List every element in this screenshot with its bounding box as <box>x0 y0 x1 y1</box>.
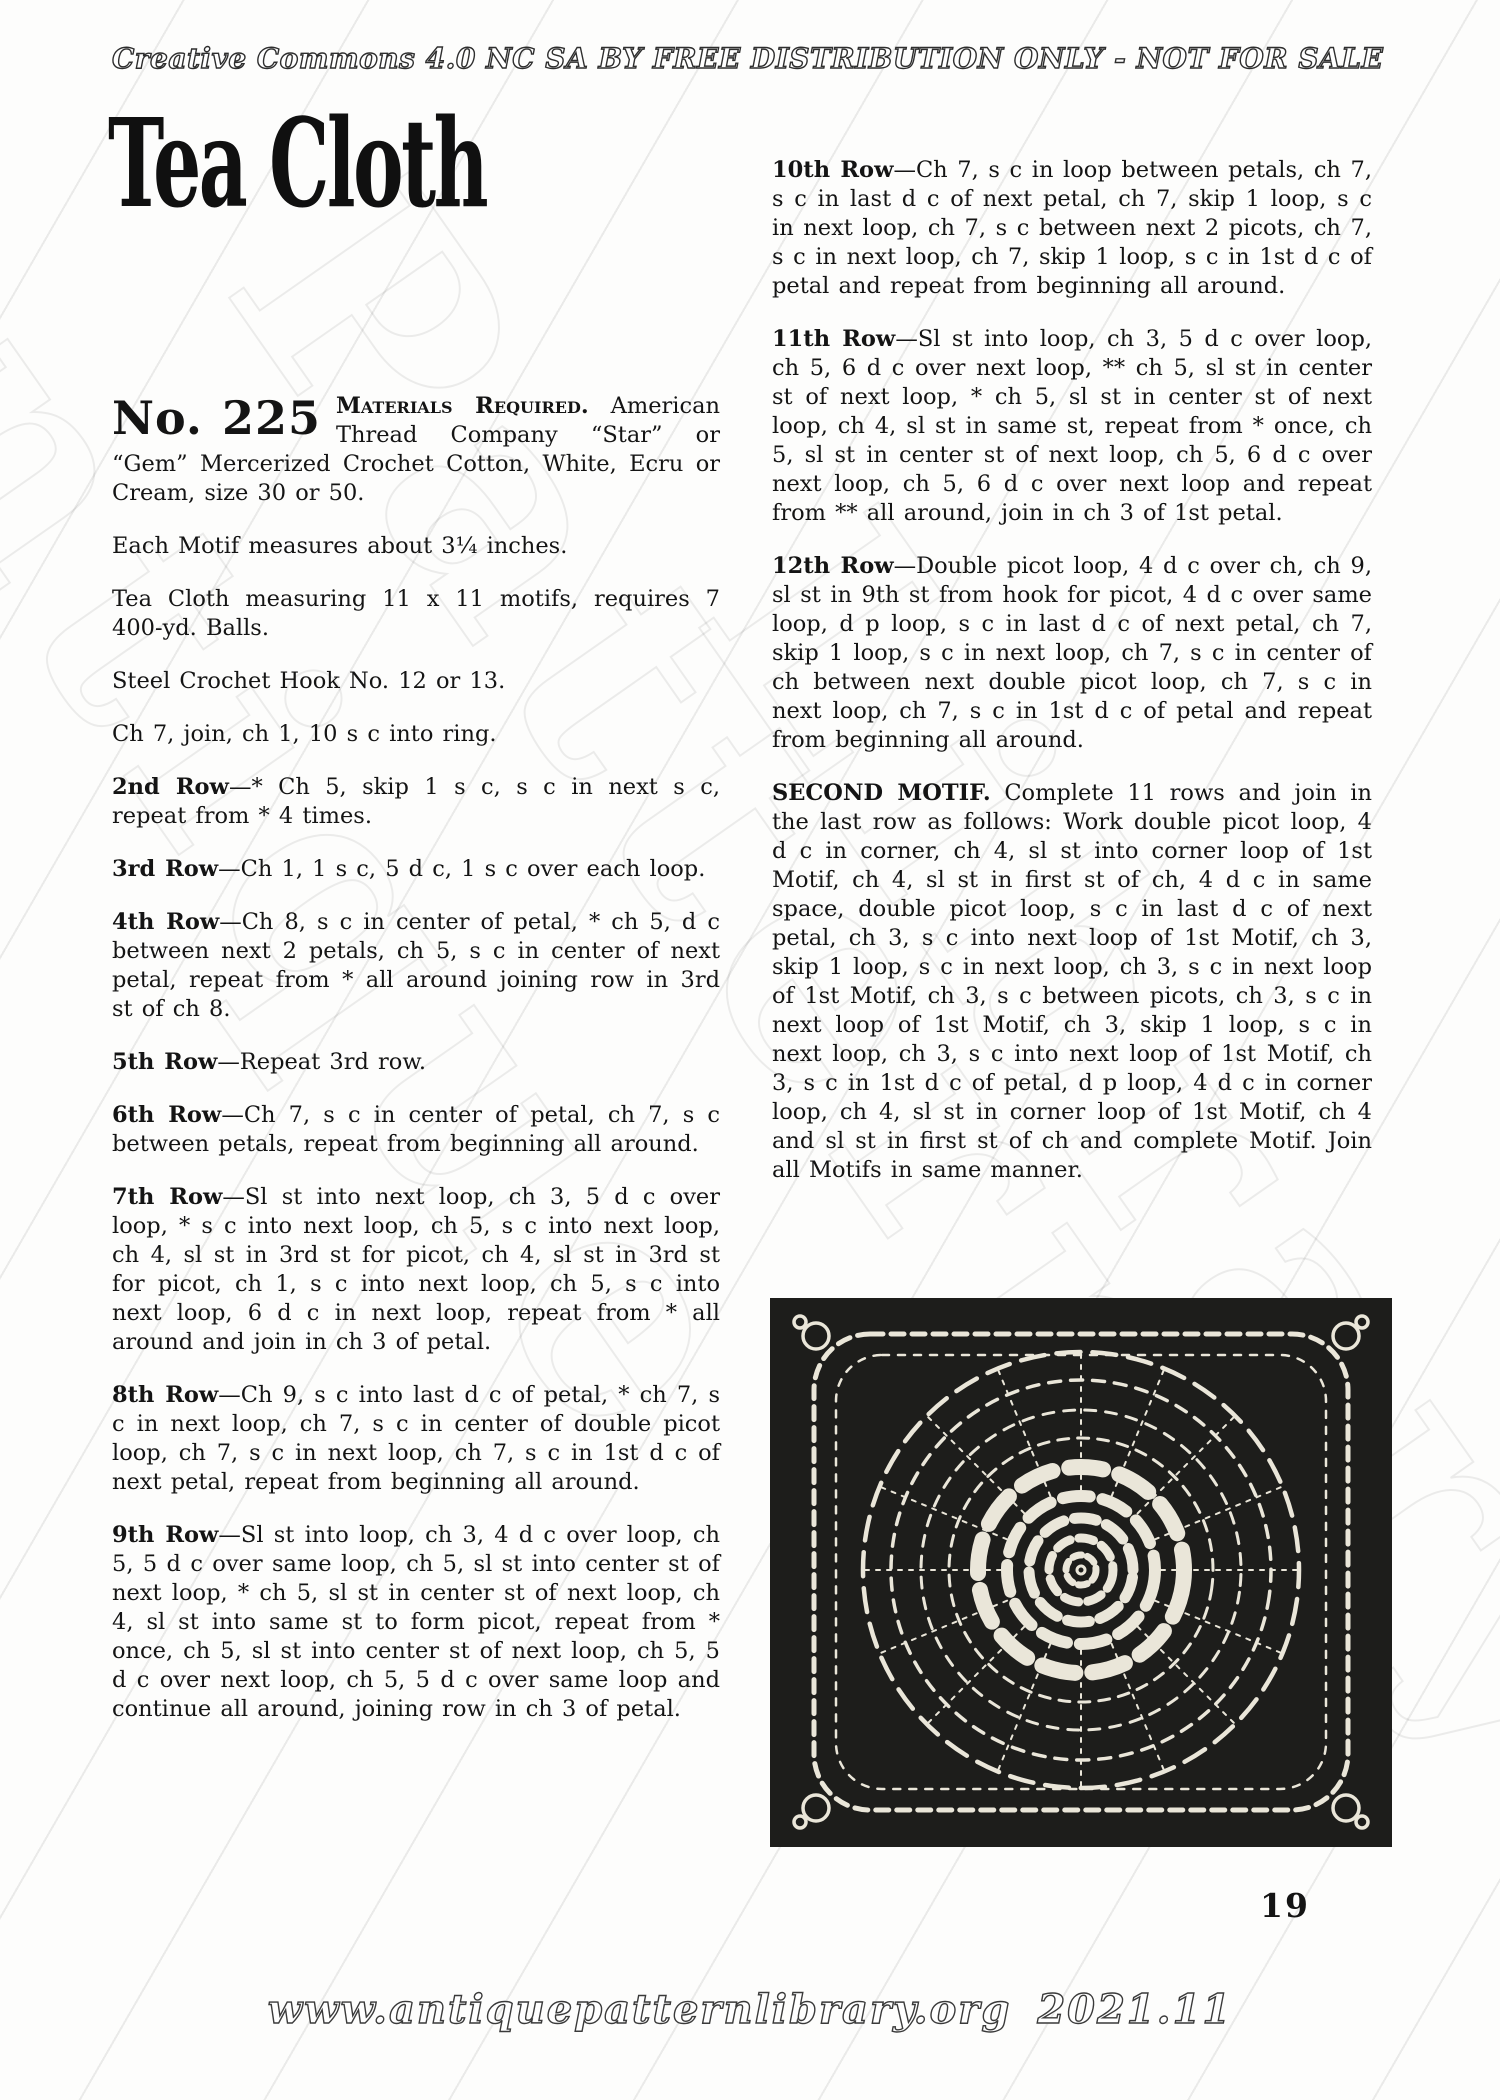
row-2-label: 2nd Row <box>112 774 229 800</box>
second-motif-text: Complete 11 rows and join in the last ro… <box>772 780 1372 1183</box>
paragraph-row-6: 6th Row—Ch 7, s c in center of petal, ch… <box>112 1101 720 1159</box>
row-3-label: 3rd Row <box>112 856 218 882</box>
paragraph-row-10: 10th Row—Ch 7, s c in loop between petal… <box>772 156 1372 301</box>
paragraph-materials: No. 225 Materials Required. American Thr… <box>112 392 720 508</box>
paragraph-row-11: 11th Row—Sl st into loop, ch 3, 5 d c ov… <box>772 325 1372 528</box>
paragraph-foundation-row: Ch 7, join, ch 1, 10 s c into ring. <box>112 720 720 749</box>
license-banner: Creative Commons 4.0 NC SA BY FREE DISTR… <box>112 42 1383 75</box>
scanned-page: Antique Pattern Library Creative Commons… <box>0 0 1500 2100</box>
footer-credit: www.antiquepatternlibrary.org2021.11 <box>0 1986 1500 2033</box>
row-12-text: —Double picot loop, 4 d c over ch, ch 9,… <box>772 553 1372 753</box>
footer-edition: 2021.11 <box>1037 1986 1232 2033</box>
row-7-label: 7th Row <box>112 1184 222 1210</box>
paragraph-requirements: Tea Cloth measuring 11 x 11 motifs, requ… <box>112 585 720 643</box>
row-5-label: 5th Row <box>112 1049 217 1075</box>
page-title: Tea Cloth <box>108 98 486 228</box>
paragraph-row-7: 7th Row—Sl st into next loop, ch 3, 5 d … <box>112 1183 720 1357</box>
materials-required-label: Materials Required. <box>336 393 589 419</box>
paragraph-motif-size: Each Motif measures about 3¼ inches. <box>112 532 720 561</box>
pattern-number: No. 225 <box>112 392 336 444</box>
row-11-text: —Sl st into loop, ch 3, 5 d c over loop,… <box>772 326 1372 526</box>
page-number: 19 <box>1260 1886 1310 1925</box>
second-motif-label: SECOND MOTIF. <box>772 780 991 806</box>
row-11-label: 11th Row <box>772 326 895 352</box>
left-column: No. 225 Materials Required. American Thr… <box>112 392 720 1748</box>
right-column: 10th Row—Ch 7, s c in loop between petal… <box>772 156 1372 1209</box>
paragraph-row-5: 5th Row—Repeat 3rd row. <box>112 1048 720 1077</box>
paragraph-row-12: 12th Row—Double picot loop, 4 d c over c… <box>772 552 1372 755</box>
row-3-text: —Ch 1, 1 s c, 5 d c, 1 s c over each loo… <box>218 856 705 882</box>
paragraph-row-2: 2nd Row—* Ch 5, skip 1 s c, s c in next … <box>112 773 720 831</box>
footer-url: www.antiquepatternlibrary.org <box>268 1986 1012 2033</box>
row-8-label: 8th Row <box>112 1382 218 1408</box>
motif-photograph <box>770 1298 1392 1847</box>
row-9-text: —Sl st into loop, ch 3, 4 d c over loop,… <box>112 1522 720 1722</box>
row-5-text: —Repeat 3rd row. <box>217 1049 426 1075</box>
crochet-motif-image <box>770 1298 1392 1847</box>
row-10-label: 10th Row <box>772 157 893 183</box>
paragraph-row-8: 8th Row—Ch 9, s c into last d c of petal… <box>112 1381 720 1497</box>
paragraph-row-9: 9th Row—Sl st into loop, ch 3, 4 d c ove… <box>112 1521 720 1724</box>
paragraph-row-4: 4th Row—Ch 8, s c in center of petal, * … <box>112 908 720 1024</box>
row-6-label: 6th Row <box>112 1102 221 1128</box>
row-9-label: 9th Row <box>112 1522 218 1548</box>
row-4-label: 4th Row <box>112 909 219 935</box>
page-content: Creative Commons 4.0 NC SA BY FREE DISTR… <box>0 0 1500 2100</box>
paragraph-second-motif: SECOND MOTIF. Complete 11 rows and join … <box>772 779 1372 1185</box>
row-12-label: 12th Row <box>772 553 894 579</box>
paragraph-row-3: 3rd Row—Ch 1, 1 s c, 5 d c, 1 s c over e… <box>112 855 720 884</box>
paragraph-hook: Steel Crochet Hook No. 12 or 13. <box>112 667 720 696</box>
